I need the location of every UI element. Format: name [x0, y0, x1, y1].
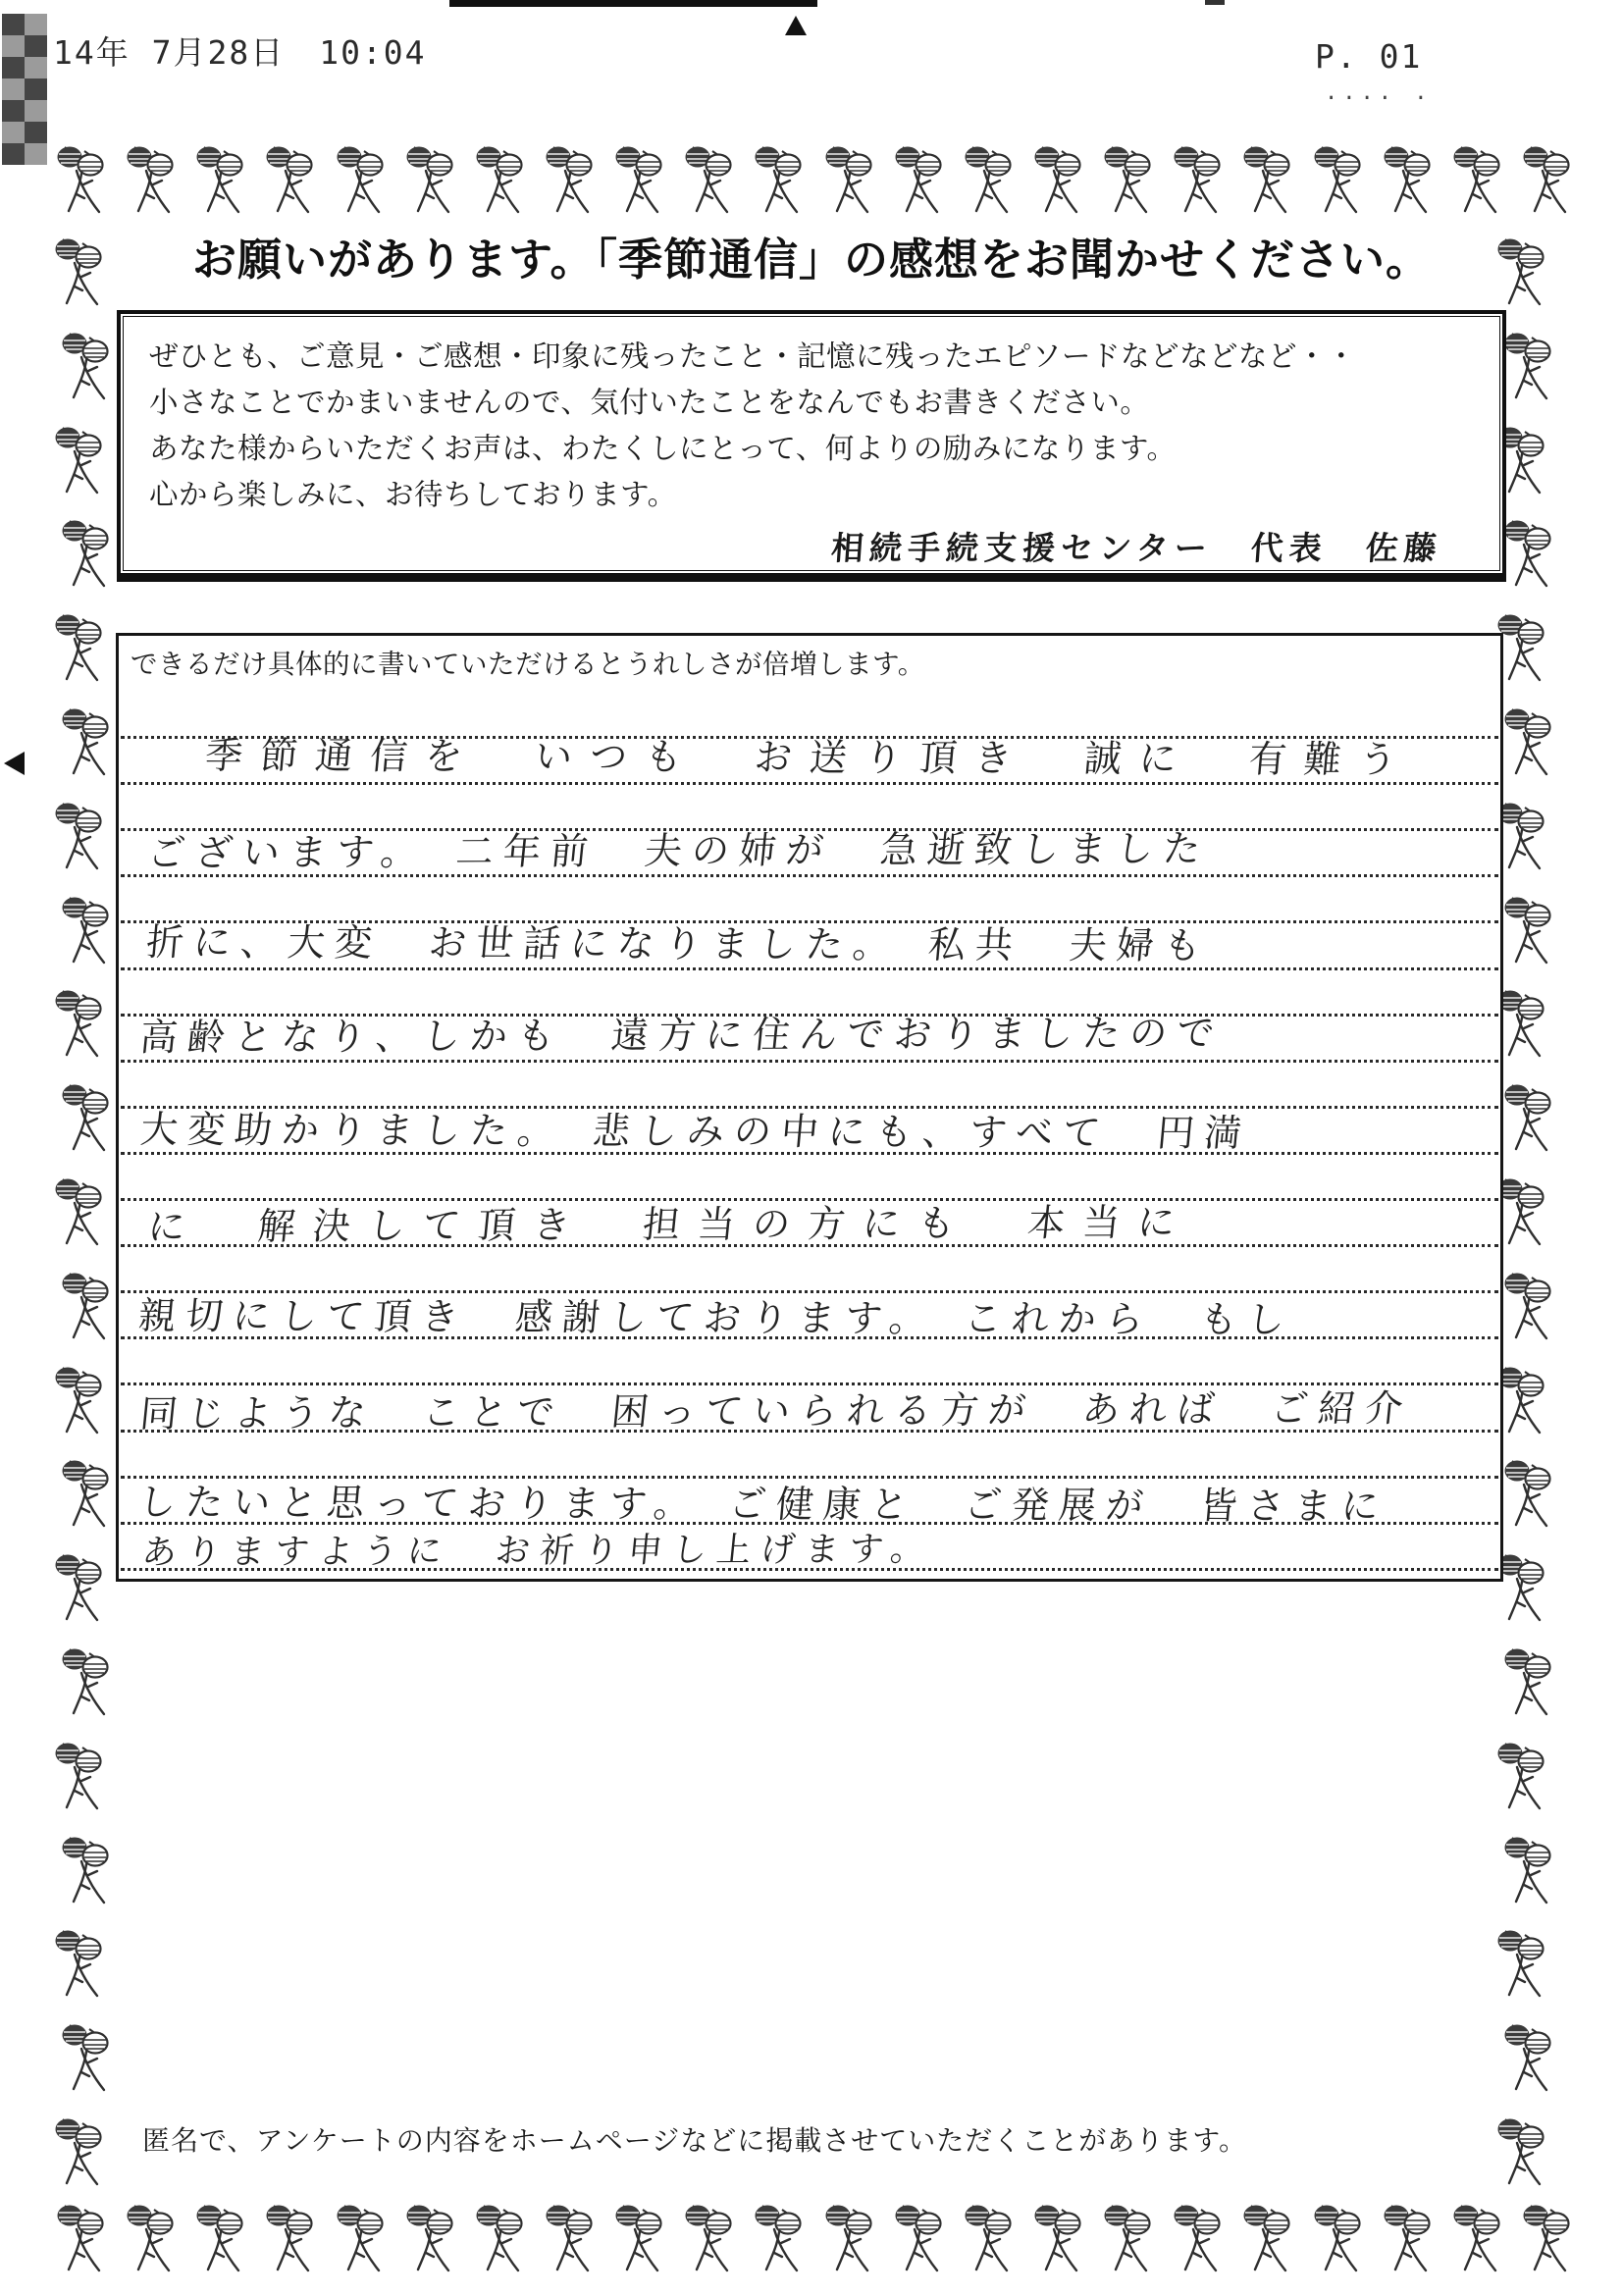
- handwritten-line-7: 親切にして頂き 感謝しております。 これから もし: [136, 1292, 1296, 1345]
- checker-cell: [2, 78, 25, 100]
- footer-note: 匿名で、アンケートの内容をホームページなどに掲載させていただくことがあります。: [142, 2119, 1247, 2159]
- flower-motif-icon: [1495, 1364, 1548, 1438]
- scan-artifact-bar: [449, 0, 817, 7]
- scan-artifact-dash: [1205, 0, 1225, 5]
- flower-motif-icon: [683, 2202, 736, 2276]
- flower-motif-icon: [53, 424, 106, 498]
- checker-cell: [2, 14, 25, 35]
- flower-motif-icon: [1451, 2202, 1504, 2276]
- checker-cell: [2, 122, 25, 143]
- flower-motif-icon: [753, 2202, 806, 2276]
- flower-motif-icon: [335, 143, 388, 218]
- decorative-border-left: [53, 235, 118, 2190]
- flower-motif-icon: [613, 2202, 666, 2276]
- flower-motif-icon: [55, 2202, 108, 2276]
- flower-motif-icon: [1495, 1175, 1548, 1250]
- flower-motif-icon: [1382, 143, 1435, 218]
- flower-motif-icon: [60, 705, 113, 780]
- checker-cell: [25, 122, 47, 143]
- flower-motif-icon: [963, 2202, 1016, 2276]
- flower-motif-icon: [1032, 2202, 1085, 2276]
- fax-page-number: P. 01: [1315, 37, 1422, 76]
- flower-motif-icon: [1495, 1927, 1548, 2002]
- checker-cell: [25, 57, 47, 78]
- flower-motif-icon: [1502, 1457, 1555, 1532]
- handwritten-line-3: 折に、大変 お世話になりました。 私共 夫婦も: [144, 918, 1213, 971]
- flower-motif-icon: [53, 1551, 106, 1626]
- flower-motif-icon: [1502, 1081, 1555, 1156]
- flower-motif-icon: [53, 1927, 106, 2002]
- handwritten-line-2: ございます。 二年前 夫の姉が 急逝致しました: [145, 825, 1212, 879]
- flower-motif-icon: [1495, 611, 1548, 686]
- flower-motif-icon: [1495, 1551, 1548, 1626]
- request-line-2: 小さなことでかまいませんので、気付いたことをなんでもお書きください。: [149, 381, 1480, 427]
- flower-motif-icon: [1241, 143, 1294, 218]
- flower-motif-icon: [893, 143, 946, 218]
- flower-motif-icon: [1495, 1740, 1548, 1814]
- flower-motif-icon: [1032, 143, 1085, 218]
- checker-cell: [2, 57, 25, 78]
- fax-page: 14年 7月28日 10:04 P. 01 ···· · お願いがあります。「季…: [0, 0, 1623, 2296]
- flower-motif-icon: [1495, 800, 1548, 874]
- flower-motif-icon: [53, 611, 106, 686]
- flower-motif-icon: [60, 517, 113, 592]
- flower-motif-icon: [474, 2202, 527, 2276]
- flower-motif-icon: [53, 2115, 106, 2190]
- flower-motif-icon: [823, 2202, 876, 2276]
- flower-motif-icon: [53, 800, 106, 874]
- flower-motif-icon: [1502, 517, 1555, 592]
- flower-motif-icon: [60, 894, 113, 968]
- flower-motif-icon: [1502, 330, 1555, 404]
- flower-motif-icon: [1495, 2115, 1548, 2190]
- flower-motif-icon: [1521, 2202, 1574, 2276]
- flower-motif-icon: [1451, 143, 1504, 218]
- flower-motif-icon: [1502, 894, 1555, 968]
- flower-motif-icon: [60, 330, 113, 404]
- flower-motif-icon: [893, 2202, 946, 2276]
- checker-cell: [25, 143, 47, 165]
- up-triangle-icon: [785, 16, 807, 35]
- fax-datetime: 14年 7月28日 10:04: [53, 27, 427, 74]
- handwritten-line-6: に 解決して頂き 担当の方にも 本当に: [145, 1199, 1195, 1253]
- flower-motif-icon: [1502, 1645, 1555, 1720]
- handwritten-line-8: 同じような ことで 困っていられる方が あれば ご紹介: [137, 1384, 1415, 1439]
- dotted-rule-line: [121, 1476, 1498, 1479]
- flower-motif-icon: [1502, 705, 1555, 780]
- handwritten-line-9: したいと思っております。 ご健康と ご発展が 皆さまに: [136, 1479, 1390, 1532]
- flower-motif-icon: [544, 2202, 597, 2276]
- checker-cell: [2, 100, 25, 122]
- checker-cell: [2, 143, 25, 165]
- checker-cell: [25, 78, 47, 100]
- flower-motif-icon: [60, 1645, 113, 1720]
- flower-motif-icon: [60, 1270, 113, 1344]
- flower-motif-icon: [194, 2202, 247, 2276]
- flower-motif-icon: [53, 1364, 106, 1438]
- flower-motif-icon: [1502, 1834, 1555, 1908]
- flower-motif-icon: [60, 1457, 113, 1532]
- flower-motif-icon: [60, 1081, 113, 1156]
- flower-motif-icon: [1312, 143, 1365, 218]
- checker-cell: [2, 35, 25, 57]
- request-box-inner: ぜひとも、ご意見・ご感想・印象に残ったこと・記憶に残ったエピソードなどなどなど・…: [123, 316, 1500, 571]
- fax-checkerboard-pattern: [2, 14, 47, 165]
- flower-motif-icon: [1102, 2202, 1155, 2276]
- checker-cell: [25, 100, 47, 122]
- instruction-text: できるだけ具体的に書いていただけるとうれしさが倍増します。: [131, 642, 925, 681]
- handwritten-line-5: 大変助かりました。 悲しみの中にも、すべて 円満: [138, 1106, 1253, 1159]
- flower-motif-icon: [125, 2202, 178, 2276]
- flower-motif-icon: [1495, 987, 1548, 1062]
- page-title: お願いがあります。「季節通信」の感想をお聞かせください。: [0, 224, 1623, 287]
- flower-motif-icon: [335, 2202, 388, 2276]
- flower-motif-icon: [264, 143, 317, 218]
- request-line-4: 心から楽しみに、お待ちしております。: [149, 473, 1480, 519]
- decorative-border-top: [55, 143, 1574, 226]
- flower-motif-icon: [53, 987, 106, 1062]
- flower-motif-icon: [404, 2202, 457, 2276]
- request-box: ぜひとも、ご意見・ご感想・印象に残ったこと・記憶に残ったエピソードなどなどなど・…: [117, 310, 1506, 582]
- handwritten-line-4: 高齢となり、しかも 遠方に住んでおりましたので: [137, 1010, 1227, 1064]
- request-line-3: あなた様からいただくお声は、わたくしにとって、何よりの励みになります。: [149, 427, 1480, 473]
- flower-motif-icon: [1312, 2202, 1365, 2276]
- flower-motif-icon: [683, 143, 736, 218]
- flower-motif-icon: [53, 1175, 106, 1250]
- decorative-border-bottom: [55, 2202, 1574, 2284]
- scan-artifact-dots: ···· ·: [1325, 86, 1432, 111]
- flower-motif-icon: [823, 143, 876, 218]
- flower-motif-icon: [1382, 2202, 1435, 2276]
- handwritten-line-10: ありますように お祈り申し上げます。: [139, 1525, 937, 1578]
- flower-motif-icon: [1502, 2021, 1555, 2096]
- signature: 相続手続支援センター 代表 佐藤: [147, 523, 1481, 569]
- left-triangle-icon: [4, 752, 25, 775]
- flower-motif-icon: [753, 143, 806, 218]
- feedback-box: できるだけ具体的に書いていただけるとうれしさが倍増します。 季節通信を いつも …: [116, 633, 1503, 1582]
- flower-motif-icon: [613, 143, 666, 218]
- flower-motif-icon: [125, 143, 178, 218]
- flower-motif-icon: [1521, 143, 1574, 218]
- flower-motif-icon: [544, 143, 597, 218]
- flower-motif-icon: [1102, 143, 1155, 218]
- flower-motif-icon: [1241, 2202, 1294, 2276]
- request-line-1: ぜひとも、ご意見・ご感想・印象に残ったこと・記憶に残ったエピソードなどなどなど・…: [149, 335, 1480, 381]
- checker-cell: [25, 35, 47, 57]
- flower-motif-icon: [53, 1740, 106, 1814]
- flower-motif-icon: [60, 2021, 113, 2096]
- flower-motif-icon: [55, 143, 108, 218]
- handwritten-line-1: 季節通信を いつも お送り頂き 誠に 有難う: [203, 732, 1416, 785]
- flower-motif-icon: [963, 143, 1016, 218]
- flower-motif-icon: [1172, 2202, 1225, 2276]
- flower-motif-icon: [404, 143, 457, 218]
- flower-motif-icon: [474, 143, 527, 218]
- flower-motif-icon: [60, 1834, 113, 1908]
- checker-cell: [25, 14, 47, 35]
- flower-motif-icon: [1502, 1270, 1555, 1344]
- flower-motif-icon: [194, 143, 247, 218]
- flower-motif-icon: [1172, 143, 1225, 218]
- flower-motif-icon: [264, 2202, 317, 2276]
